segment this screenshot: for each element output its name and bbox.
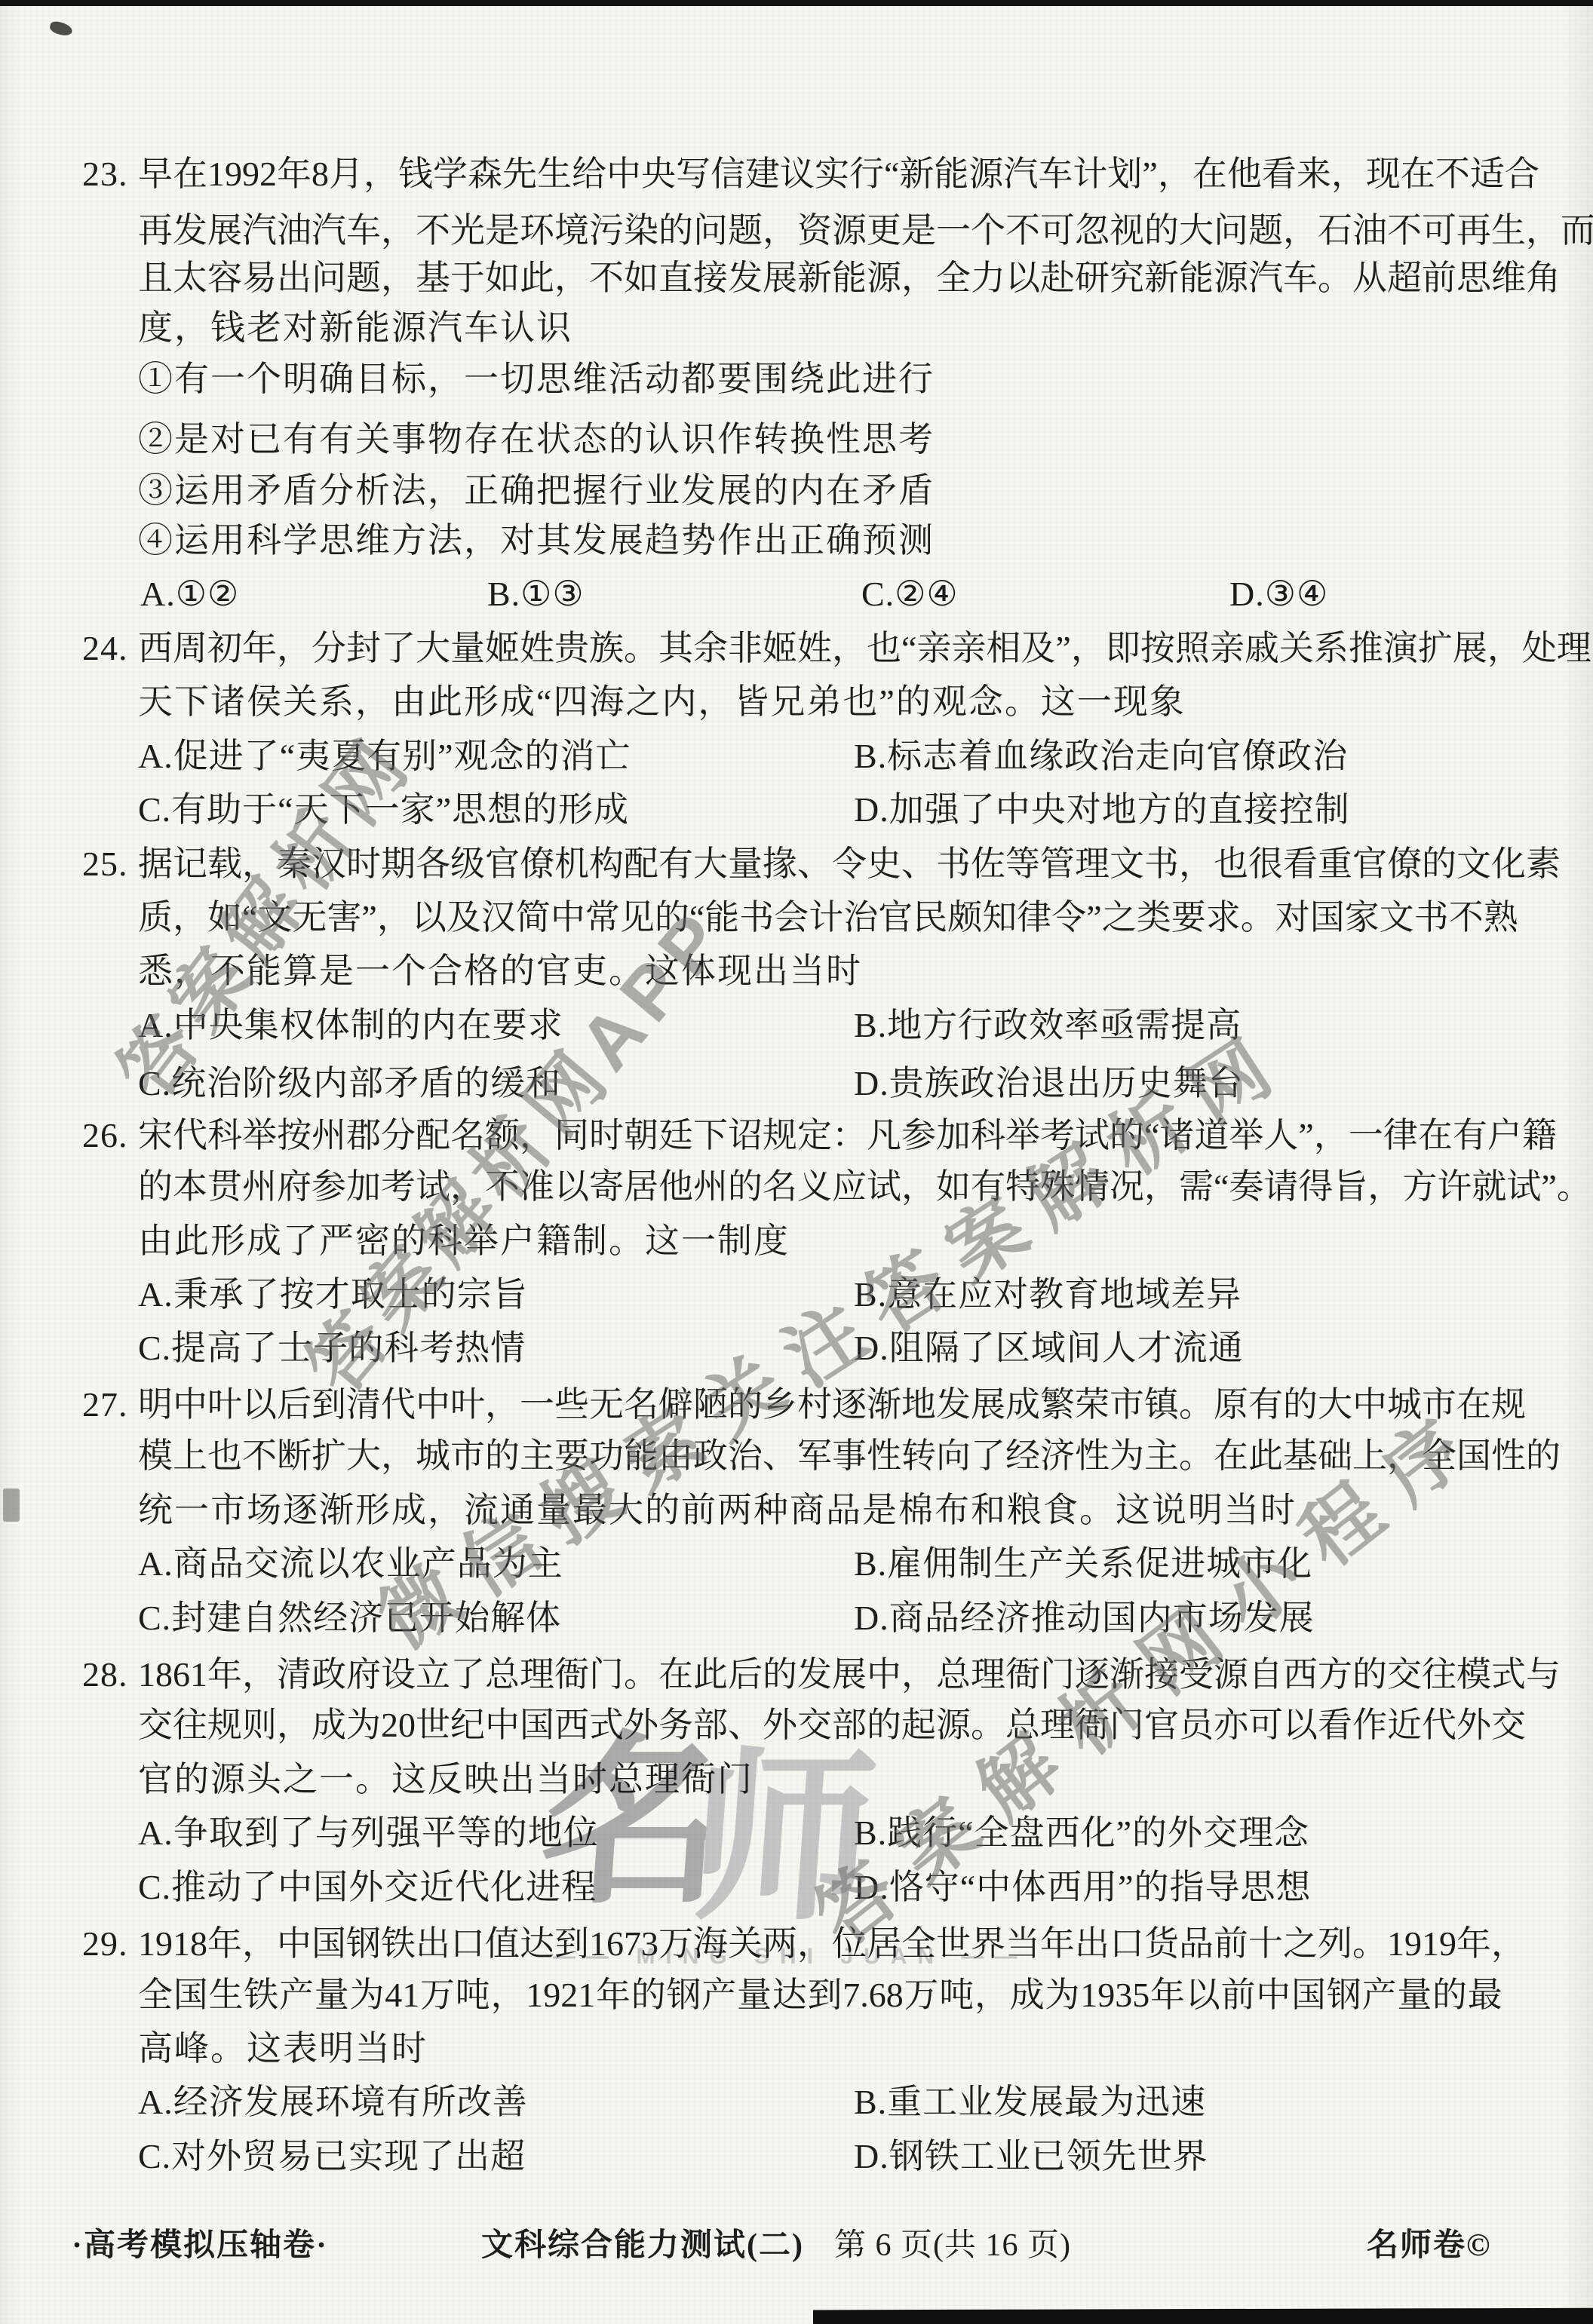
q27-option-a: A.商品交流以农业产品为主 [138, 1544, 563, 1583]
q27-stem-2: 模上也不断扩大，城市的主要功能由政治、军事性转向了经济性为主。在此基础上，全国性… [138, 1429, 1502, 1483]
q24-line-1: 24. 西周初年，分封了大量姬姓贵族。其余非姬姓，也“亲亲相及”，即按照亲戚关系… [138, 621, 1502, 676]
footer-brand: 名师卷© [1367, 2223, 1491, 2268]
q23-option-d: D.③④ [1229, 567, 1328, 621]
q27-stem-1: 明中叶以后到清代中叶，一些无名僻陋的乡村逐渐地发展成繁荣市镇。原有的大中城市在规 [138, 1378, 1502, 1432]
q28-option-a: A.争取到了与列强平等的地位 [138, 1814, 599, 1852]
q23-line-3: 且太容易出问题，基于如此，不如直接发展新能源，全力以赴研究新能源汽车。从超前思维… [138, 251, 1502, 305]
q25-number: 25. [82, 837, 128, 891]
q25-line-2: 质，如“文无害”，以及汉简中常见的“能书会计治官民颇知律令”之类要求。对国家文书… [138, 891, 1502, 945]
q23-stem-3: 且太容易出问题，基于如此，不如直接发展新能源，全力以赴研究新能源汽车。从超前思维… [138, 251, 1502, 305]
q29-stem-1: 1918年，中国钢铁出口值达到1673万海关两，位居全世界当年出口货品前十之列。… [138, 1917, 1502, 1971]
q26-line-1: 26. 宋代科举按州郡分配名额，同时朝廷下诏规定：凡参加科举考试的“诸道举人”，… [138, 1108, 1502, 1163]
q25-option-d: D.贵族政治退出历史舞台 [854, 1056, 1244, 1111]
q29-options-row-2: C.对外贸易已实现了出超 D.钢铁工业已领先世界 [138, 2129, 1502, 2184]
q28-stem-2: 交往规则，成为20世纪中国西式外务部、外交部的起源。总理衙门官员亦可以看作近代外… [138, 1698, 1502, 1752]
q24-stem-1: 西周初年，分封了大量姬姓贵族。其余非姬姓，也“亲亲相及”，即按照亲戚关系推演扩展… [138, 621, 1502, 676]
footer-page-number: 第 6 页(共 16 页) [834, 2223, 1071, 2268]
q23-option-c: C.②④ [861, 567, 959, 621]
q27-options-row-1: A.商品交流以农业产品为主 B.雇佣制生产关系促进城市化 [138, 1537, 1502, 1591]
q27-line-1: 27. 明中叶以后到清代中叶，一些无名僻陋的乡村逐渐地发展成繁荣市镇。原有的大中… [138, 1378, 1502, 1432]
q26-option-a: A.秉承了按才取士的宗旨 [138, 1275, 528, 1314]
q28-line-3: 官的源头之一。这反映出当时总理衙门 [138, 1752, 1502, 1807]
q23-options-row: A.①② B.①③ C.②④ D.③④ [138, 567, 1502, 621]
q28-option-c: C.推动了中国外交近代化进程 [138, 1868, 597, 1906]
q25-option-b: B.地方行政效率亟需提高 [854, 998, 1242, 1053]
scan-speck [49, 20, 74, 38]
q23-item-2: ②是对已有有关事物存在状态的认识作转换性思考 [138, 412, 1502, 467]
q25-options-row-1: A.中央集权体制的内在要求 B.地方行政效率亟需提高 [138, 998, 1502, 1053]
q23-line-2: 再发展汽油汽车，不光是环境污染的问题，资源更是一个不可忽视的大问题，石油不可再生… [138, 204, 1502, 258]
q29-stem-2: 全国生铁产量为41万吨，1921年的钢产量达到7.68万吨，成为1935年以前中… [138, 1968, 1502, 2022]
q24-line-2: 天下诸侯关系，由此形成“四海之内，皆兄弟也”的观念。这一现象 [138, 675, 1502, 729]
q29-options-row-1: A.经济发展环境有所改善 B.重工业发展最为迅速 [138, 2075, 1502, 2129]
footer-exam-title: 文科综合能力测试(二) [481, 2223, 804, 2268]
q26-line-2: 的本贯州府参加考试，不准以寄居他州的名义应试，如有特殊情况，需“奏请得旨，方许就… [138, 1160, 1502, 1214]
q28-option-b: B.践行“全盘西化”的外交理念 [854, 1806, 1309, 1860]
q24-option-c: C.有助于“天下一家”思想的形成 [138, 790, 629, 829]
q23-line-4: 度，钱老对新能源汽车认识 [138, 301, 1502, 355]
q23-line-1: 23. 早在1992年8月，钱学森先生给中央写信建议实行“新能源汽车计划”，在他… [138, 147, 1502, 201]
q28-stem-1: 1861年，清政府设立了总理衙门。在此后的发展中，总理衙门逐渐接受源自西方的交往… [138, 1648, 1502, 1702]
q29-option-c: C.对外贸易已实现了出超 [138, 2137, 526, 2175]
q23-item-3: ③运用矛盾分析法，正确把握行业发展的内在矛盾 [138, 464, 1502, 518]
scan-smudge [3, 1489, 20, 1522]
q26-option-c: C.提高了士子的科考热情 [138, 1329, 526, 1367]
scan-artifact-bottom-bar [813, 2308, 1593, 2324]
q27-options-row-2: C.封建自然经济已开始解体 D.商品经济推动国内市场发展 [138, 1591, 1502, 1645]
q24-options-row-2: C.有助于“天下一家”思想的形成 D.加强了中央对地方的直接控制 [138, 783, 1502, 837]
q24-option-d: D.加强了中央对地方的直接控制 [854, 783, 1350, 837]
page-footer: ·高考模拟压轴卷· 文科综合能力测试(二) 第 6 页(共 16 页) 名师卷© [0, 2223, 1593, 2268]
q23-option-b: B.①③ [487, 567, 585, 621]
q26-number: 26. [82, 1108, 128, 1163]
q27-option-b: B.雇佣制生产关系促进城市化 [854, 1537, 1312, 1591]
q26-line-3: 由此形成了严密的科举户籍制。这一制度 [138, 1214, 1502, 1268]
q25-stem-2: 质，如“文无害”，以及汉简中常见的“能书会计治官民颇知律令”之类要求。对国家文书… [138, 891, 1502, 945]
q26-stem-2: 的本贯州府参加考试，不准以寄居他州的名义应试，如有特殊情况，需“奏请得旨，方许就… [138, 1160, 1502, 1214]
q29-number: 29. [82, 1917, 128, 1971]
q26-option-d: D.阻隔了区域间人才流通 [854, 1321, 1244, 1375]
q25-stem-1: 据记载，秦汉时期各级官僚机构配有大量掾、令史、书佐等管理文书，也很看重官僚的文化… [138, 837, 1502, 891]
q25-line-3: 悉，不能算是一个合格的官吏。这体现出当时 [138, 944, 1502, 998]
q23-item-4: ④运用科学思维方法，对其发展趋势作出正确预测 [138, 514, 1502, 568]
footer-series-label: ·高考模拟压轴卷· [72, 2223, 328, 2268]
q23-number: 23. [82, 147, 128, 201]
q29-option-a: A.经济发展环境有所改善 [138, 2083, 528, 2121]
q23-option-a: A.①② [140, 567, 239, 621]
q25-option-c: C.统治阶级内部矛盾的缓和 [138, 1064, 561, 1102]
scan-artifact-top-bar [0, 0, 1593, 6]
q28-line-2: 交往规则，成为20世纪中国西式外务部、外交部的起源。总理衙门官员亦可以看作近代外… [138, 1698, 1502, 1752]
q23-stem-1: 早在1992年8月，钱学森先生给中央写信建议实行“新能源汽车计划”，在他看来，现… [138, 147, 1502, 201]
q26-option-b: B.意在应对教育地域差异 [854, 1268, 1242, 1322]
q27-option-c: C.封建自然经济已开始解体 [138, 1599, 561, 1637]
q29-line-1: 29. 1918年，中国钢铁出口值达到1673万海关两，位居全世界当年出口货品前… [138, 1917, 1502, 1971]
q28-option-d: D.恪守“中体西用”的指导思想 [854, 1860, 1312, 1915]
q27-line-3: 统一市场逐渐形成，流通量最大的前两种商品是棉布和粮食。这说明当时 [138, 1483, 1502, 1538]
q25-line-1: 25. 据记载，秦汉时期各级官僚机构配有大量掾、令史、书佐等管理文书，也很看重官… [138, 837, 1502, 891]
q26-options-row-1: A.秉承了按才取士的宗旨 B.意在应对教育地域差异 [138, 1268, 1502, 1322]
q25-option-a: A.中央集权体制的内在要求 [138, 1006, 563, 1044]
q24-number: 24. [82, 621, 128, 676]
q29-option-b: B.重工业发展最为迅速 [854, 2075, 1206, 2129]
exam-paper-page: 名 师 —— MING SHI JUAN —— 答案解析网 答案解析网APP 微… [0, 0, 1593, 2324]
q24-options-row-1: A.促进了“夷夏有别”观念的消亡 B.标志着血缘政治走向官僚政治 [138, 729, 1502, 783]
q28-options-row-1: A.争取到了与列强平等的地位 B.践行“全盘西化”的外交理念 [138, 1806, 1502, 1860]
q28-line-1: 28. 1861年，清政府设立了总理衙门。在此后的发展中，总理衙门逐渐接受源自西… [138, 1648, 1502, 1702]
q23-item-1: ①有一个明确目标，一切思维活动都要围绕此进行 [138, 352, 1502, 406]
q28-options-row-2: C.推动了中国外交近代化进程 D.恪守“中体西用”的指导思想 [138, 1860, 1502, 1915]
q27-line-2: 模上也不断扩大，城市的主要功能由政治、军事性转向了经济性为主。在此基础上，全国性… [138, 1429, 1502, 1483]
q23-stem-2: 再发展汽油汽车，不光是环境污染的问题，资源更是一个不可忽视的大问题，石油不可再生… [138, 204, 1502, 258]
q27-number: 27. [82, 1378, 128, 1432]
q24-option-a: A.促进了“夷夏有别”观念的消亡 [138, 737, 631, 775]
q26-options-row-2: C.提高了士子的科考热情 D.阻隔了区域间人才流通 [138, 1321, 1502, 1375]
q25-options-row-2: C.统治阶级内部矛盾的缓和 D.贵族政治退出历史舞台 [138, 1056, 1502, 1111]
q26-stem-1: 宋代科举按州郡分配名额，同时朝廷下诏规定：凡参加科举考试的“诸道举人”，一律在有… [138, 1108, 1502, 1163]
q29-option-d: D.钢铁工业已领先世界 [854, 2129, 1208, 2184]
q29-line-3: 高峰。这表明当时 [138, 2022, 1502, 2076]
q24-option-b: B.标志着血缘政治走向官僚政治 [854, 729, 1348, 783]
q27-option-d: D.商品经济推动国内市场发展 [854, 1591, 1315, 1645]
q28-number: 28. [82, 1648, 128, 1702]
q29-line-2: 全国生铁产量为41万吨，1921年的钢产量达到7.68万吨，成为1935年以前中… [138, 1968, 1502, 2022]
